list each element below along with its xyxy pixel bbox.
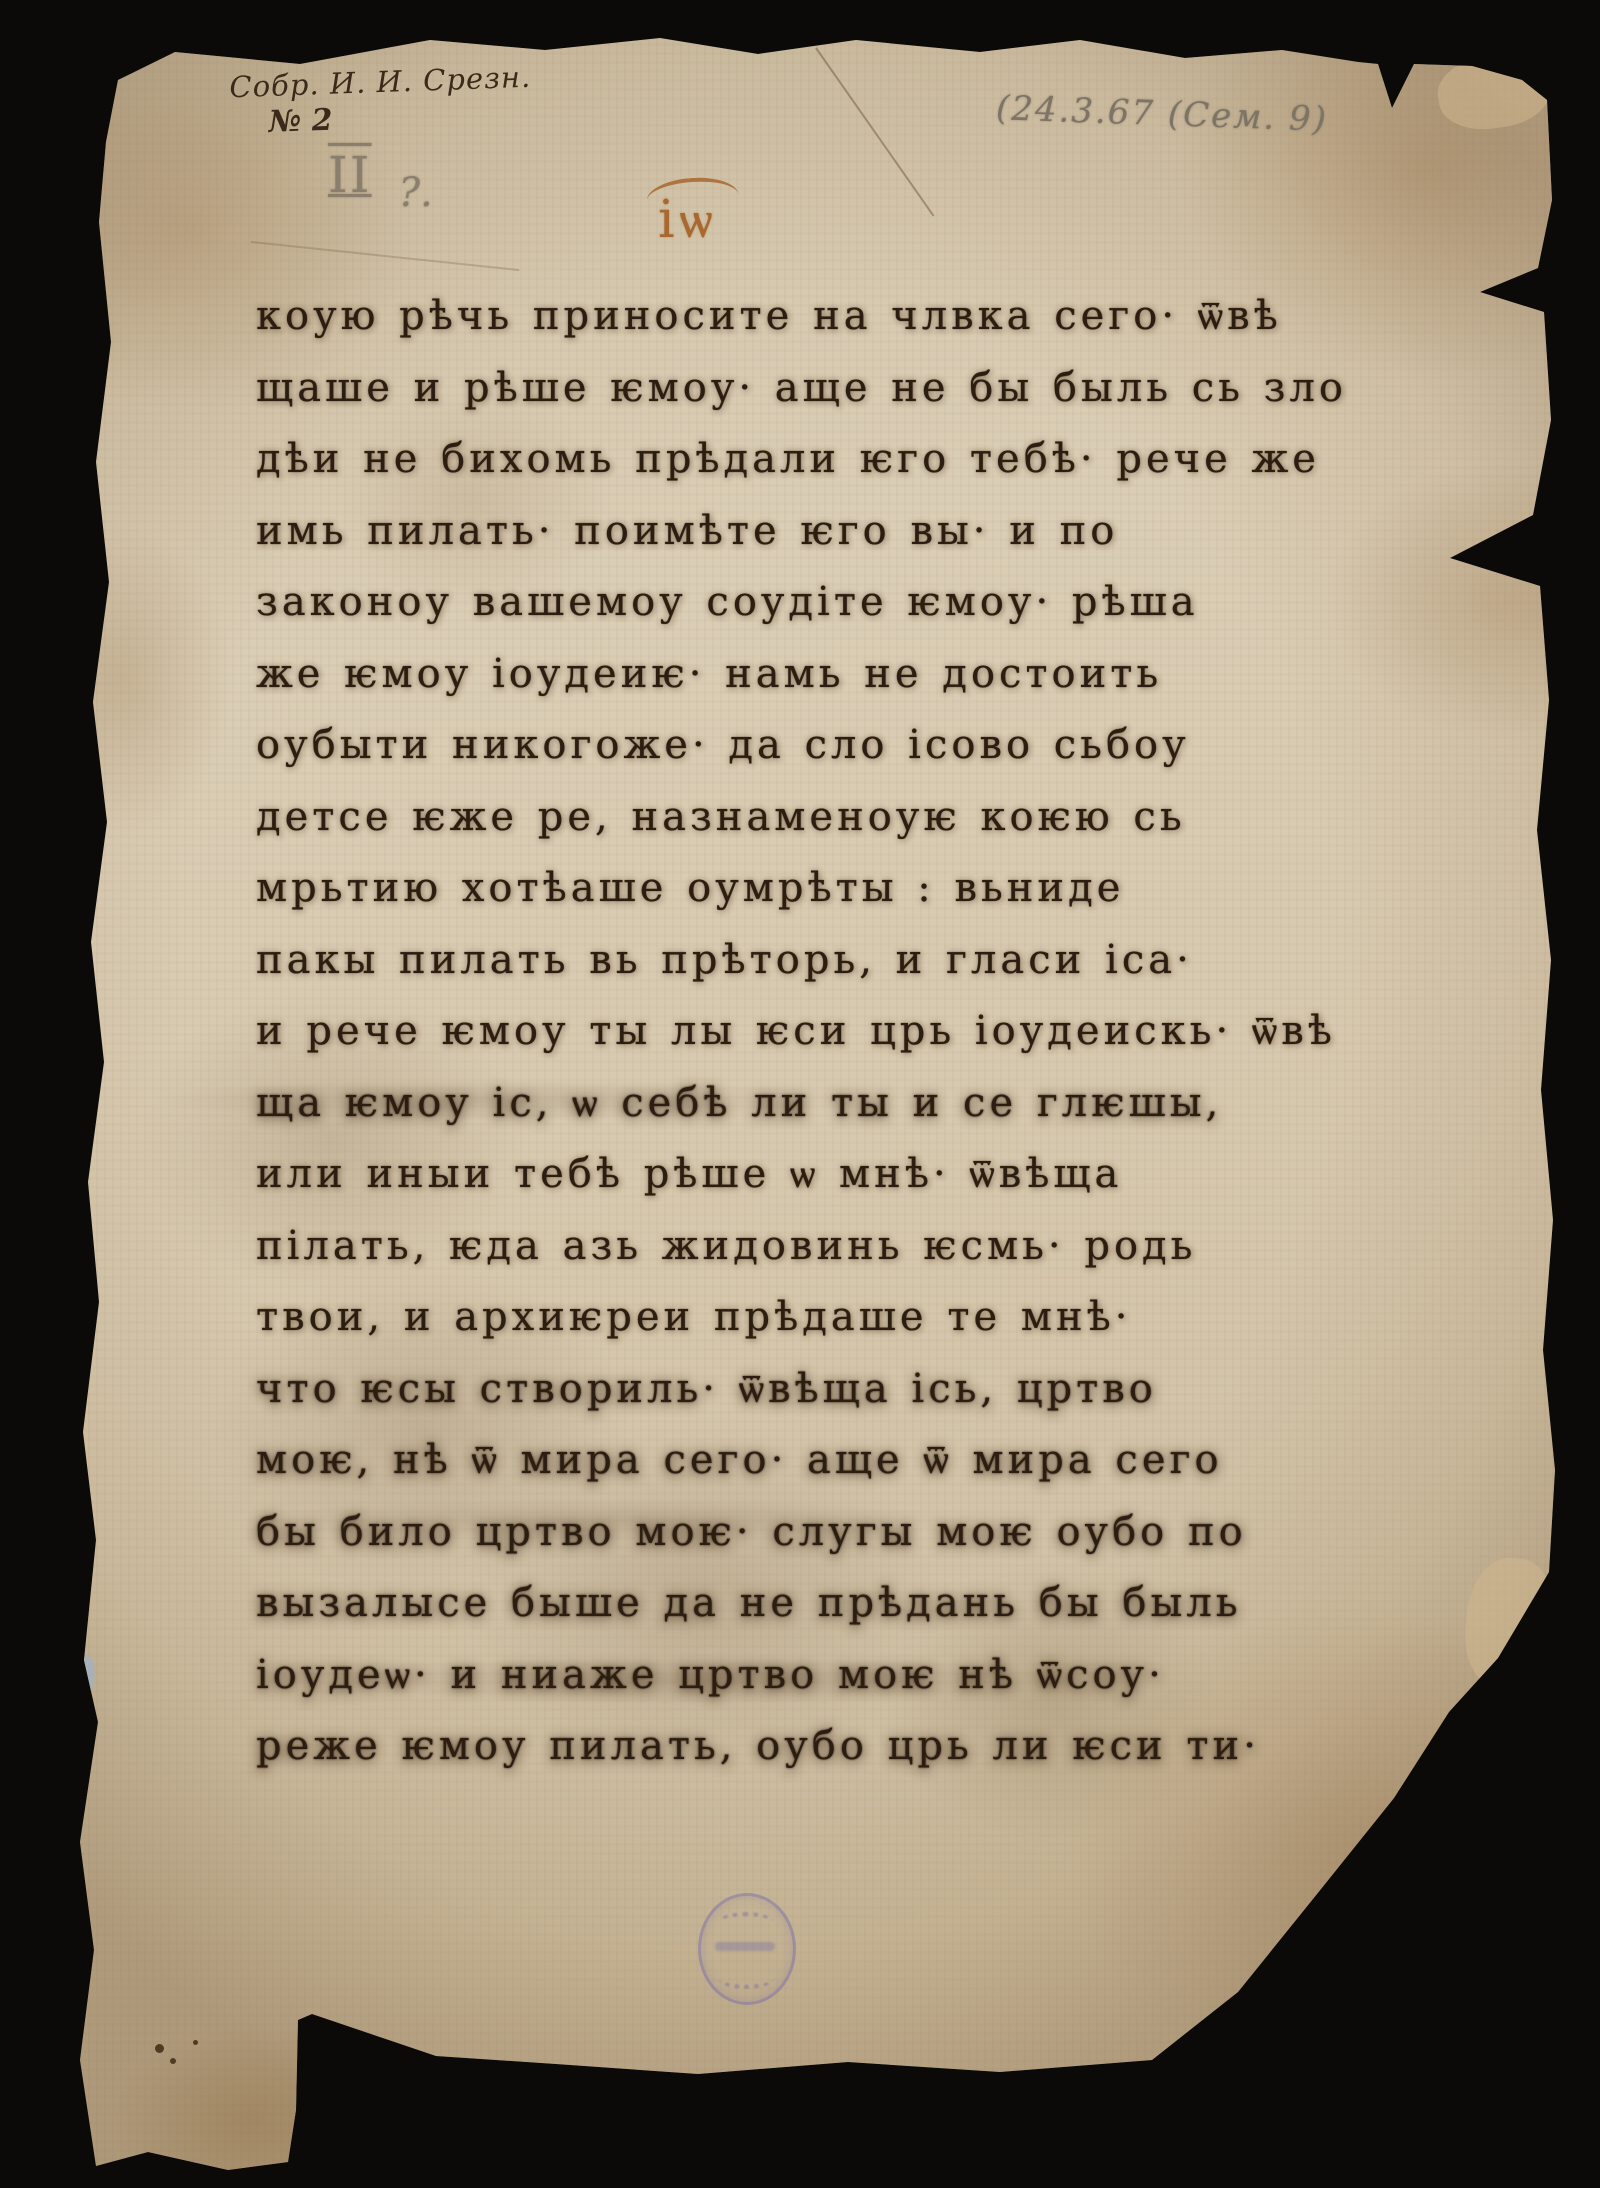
wormhole-dot [193,2040,198,2045]
stamp-marking [715,1942,775,1951]
wormhole-dot [170,2058,176,2064]
pigment-fleck [64,2050,77,2082]
manuscript-line: моѥ, нѣ ѿ мира сего· аще ѿ мира сего [256,1440,1223,1480]
stamp-marking [719,1912,773,1931]
manuscript-line: пілать, ѥда азь жидовинь ѥсмь· родь [256,1226,1196,1266]
manuscript-line: пакы пилать вь прѣторь, и гласи іса· [256,940,1193,980]
manuscript-line: же ѥмоу іоудеиѥ· намь не достоить [256,654,1162,694]
manuscript-line: ща ѥмоу іс, ѡ себѣ ли ты и се глѥшы, [256,1083,1222,1123]
manuscript-line: реже ѥмоу пилать, оубо црь ли ѥси ти· [256,1726,1260,1766]
manuscript-line: имь пилать· поимѣте ѥго вы· и по [256,511,1118,551]
manuscript-line: бы било цртво моѥ· слугы моѥ оубо по [256,1512,1247,1552]
manuscript-line: щаше и рѣше ѥмоу· аще не бы быль сь зло [256,368,1347,408]
manuscript-line: и рече ѥмоу ты лы ѥси црь іоудеискь· ѿвѣ [256,1011,1336,1051]
manuscript-line: оубыти никогоже· да сло ісово сьбоу [256,725,1190,765]
manuscript-leaf: Собр. И. И. Срезн. № 2 II ?. (24.3.67 (С… [0,0,1600,2188]
stamp-marking [719,1970,773,1989]
manuscript-text-block: коую рѣчь приносите на члвка сего· ѿвѣ щ… [0,0,1600,2188]
manuscript-line: дѣи не бихомь прѣдали ѥго тебѣ· рече же [256,439,1320,479]
manuscript-line: детсе ѥже ре, назнаменоуѥ коѥю сь [256,797,1186,837]
manuscript-line: твои, и архиѥреи прѣдаше те мнѣ· [256,1297,1131,1337]
manuscript-line: іоудеѡ· и ниаже цртво моѥ нѣ ѿсоу· [256,1655,1165,1695]
library-stamp [698,1893,796,2005]
manuscript-line: что ѥсы створиль· ѿвѣща ісь, цртво [256,1369,1157,1409]
manuscript-line: законоу вашемоу соудіте ѥмоу· рѣша [256,582,1199,622]
manuscript-line: коую рѣчь приносите на члвка сего· ѿвѣ [256,296,1282,336]
wormhole-dot [155,2044,164,2053]
manuscript-line: мрьтию хотѣаше оумрѣты : вьниде [256,868,1124,908]
photo-backdrop: Собр. И. И. Срезн. № 2 II ?. (24.3.67 (С… [0,0,1600,2188]
manuscript-line: вызалысе быше да не прѣдань бы быль [256,1583,1242,1623]
manuscript-line: или иныи тебѣ рѣше ѡ мнѣ· ѿвѣща [256,1154,1122,1194]
